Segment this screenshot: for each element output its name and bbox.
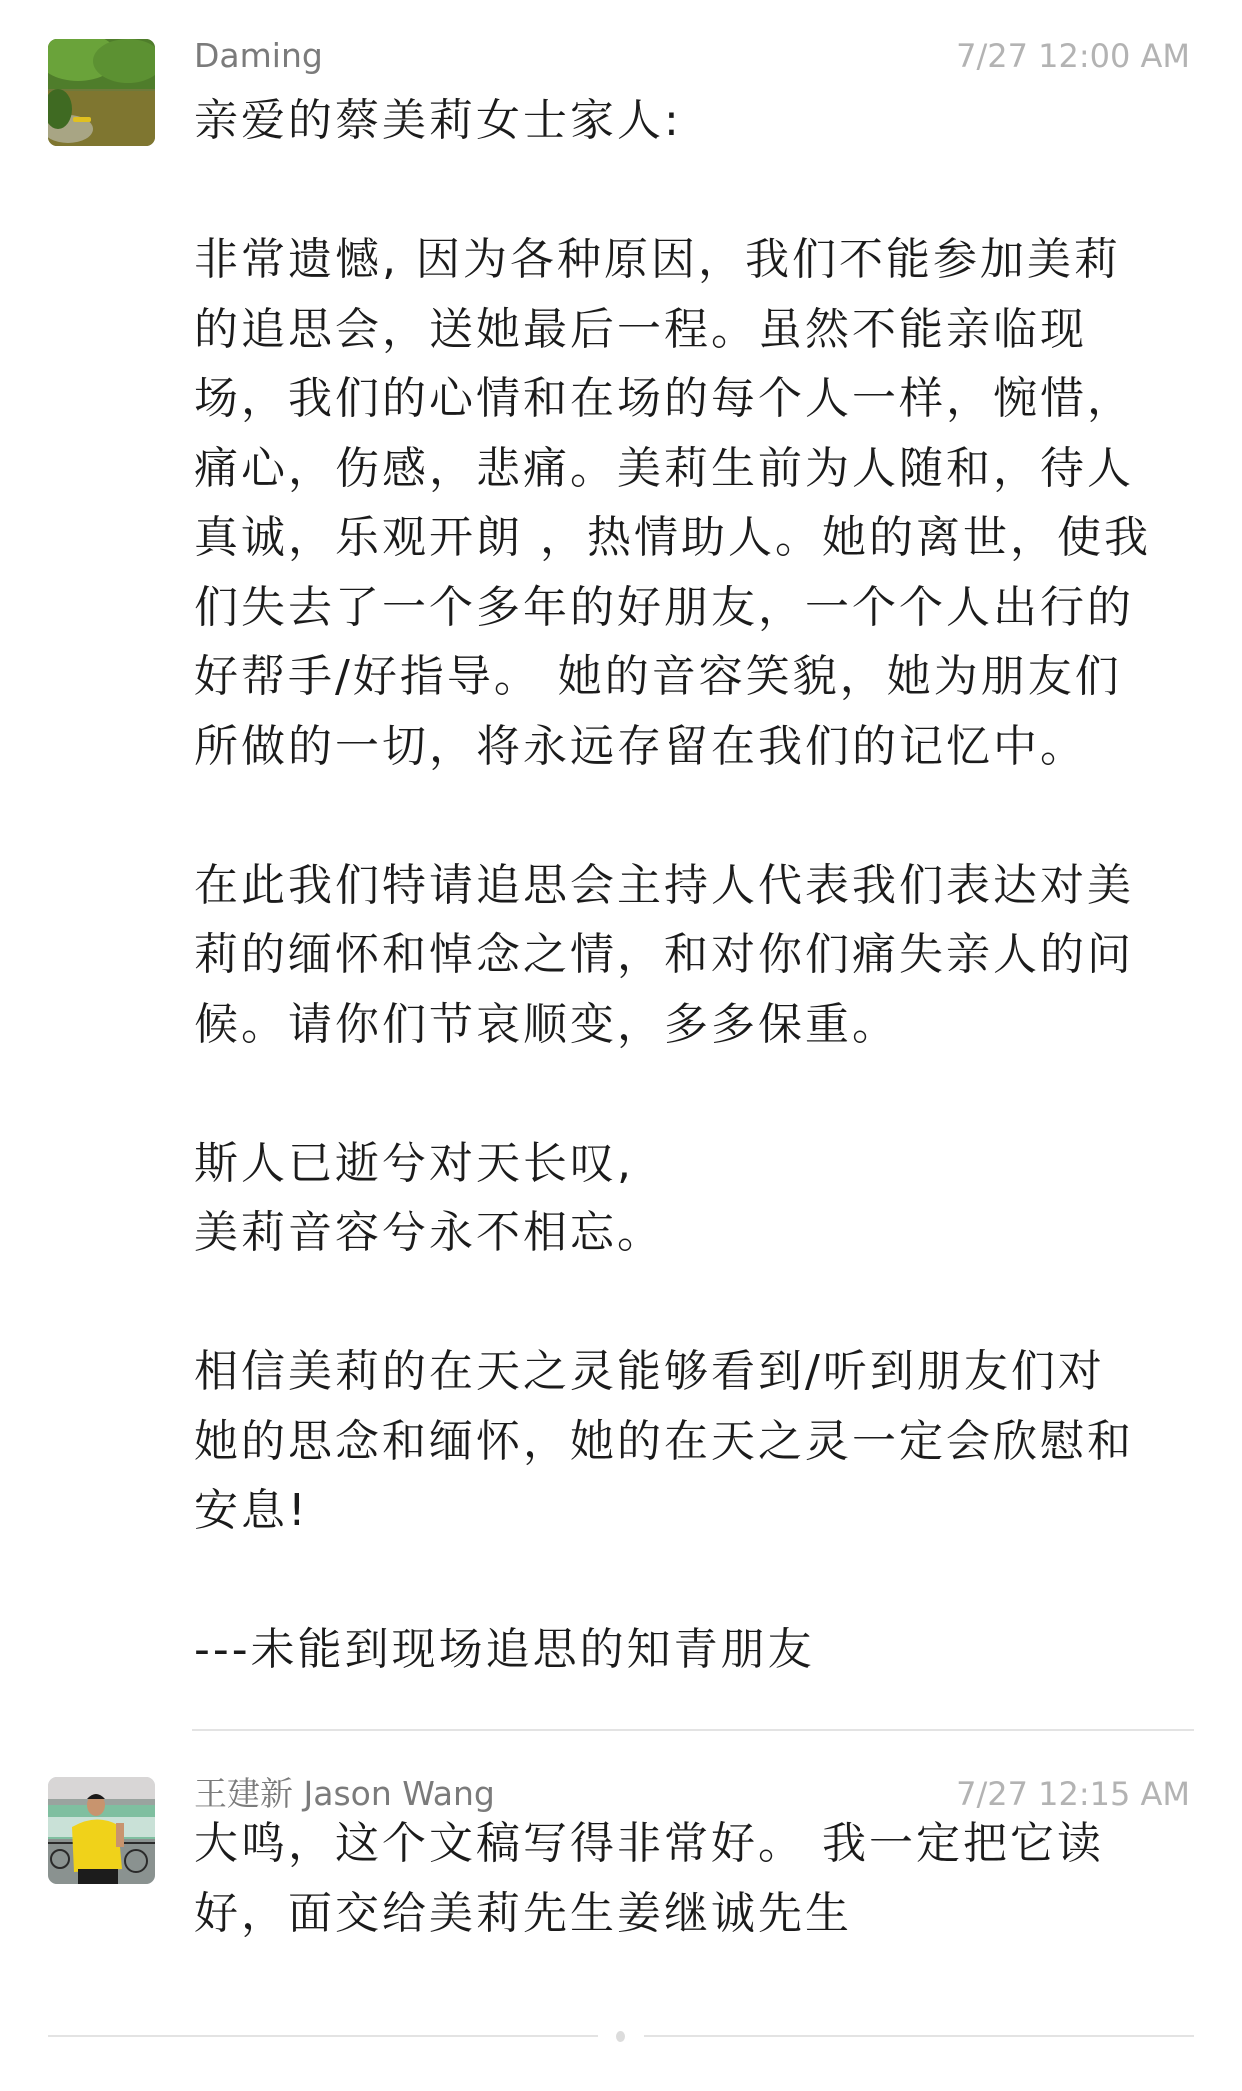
text-line [194, 781, 1194, 851]
message-timestamp: 7/27 12:15 AM [956, 1774, 1190, 1814]
chat-message: 王建新 Jason Wang 7/27 12:15 AM 大鸣，这个文稿写得非常… [0, 1740, 1242, 2000]
text-line: 莉的缅怀和悼念之情，和对你们痛失亲人的问 [194, 920, 1194, 990]
chat-message: Daming 7/27 12:00 AM 亲爱的蔡美莉女士家人: 非常遗憾, 因… [0, 0, 1242, 1700]
text-line: 真诚，乐观开朗 ，热情助人。她的离世，使我 [194, 503, 1194, 573]
text-line: 好，面交给美莉先生姜继诚先生 [194, 1879, 1194, 1949]
avatar[interactable] [48, 39, 155, 146]
message-divider [192, 1729, 1194, 1731]
bottom-divider-left [48, 2035, 598, 2037]
message-text: 大鸣，这个文稿写得非常好。 我一定把它读 好，面交给美莉先生姜继诚先生 [194, 1809, 1194, 1948]
text-line: 所做的一切，将永远存留在我们的记忆中。 [194, 712, 1194, 782]
avatar[interactable] [48, 1777, 155, 1884]
text-line: 斯人已逝兮对天长叹, [194, 1129, 1194, 1199]
text-line: 相信美莉的在天之灵能够看到/听到朋友们对 [194, 1337, 1194, 1407]
text-line: 好帮手/好指导。 她的音容笑貌，她为朋友们 [194, 642, 1194, 712]
text-line: 在此我们特请追思会主持人代表我们表达对美 [194, 851, 1194, 921]
text-line: 亲爱的蔡美莉女士家人: [194, 86, 1194, 156]
sender-name[interactable]: 王建新 Jason Wang [194, 1774, 495, 1814]
text-line: ---未能到现场追思的知青朋友 [194, 1615, 1194, 1685]
bottom-divider-right [644, 2035, 1194, 2037]
text-line: 她的思念和缅怀，她的在天之灵一定会欣慰和 [194, 1407, 1194, 1477]
text-line: 非常遗憾, 因为各种原因，我们不能参加美莉 [194, 225, 1194, 295]
text-line: 痛心，伤感，悲痛。美莉生前为人随和，待人 [194, 434, 1194, 504]
text-line: 场，我们的心情和在场的每个人一样，惋惜， [194, 364, 1194, 434]
sender-name[interactable]: Daming [194, 36, 323, 76]
message-text: 亲爱的蔡美莉女士家人: 非常遗憾, 因为各种原因，我们不能参加美莉 的追思会，送… [194, 86, 1194, 1685]
man-yellow-shirt-waterfall-avatar-icon [48, 1777, 155, 1884]
text-line [194, 156, 1194, 226]
text-line: 们失去了一个多年的好朋友，一个个人出行的 [194, 573, 1194, 643]
text-line: 大鸣，这个文稿写得非常好。 我一定把它读 [194, 1809, 1194, 1879]
text-line [194, 1546, 1194, 1616]
text-line [194, 1059, 1194, 1129]
message-timestamp: 7/27 12:00 AM [956, 36, 1190, 76]
text-line: 美莉音容兮永不相忘。 [194, 1198, 1194, 1268]
river-landscape-avatar-icon [48, 39, 155, 146]
text-line [194, 1268, 1194, 1338]
text-line: 的追思会，送她最后一程。虽然不能亲临现 [194, 295, 1194, 365]
text-line: 安息! [194, 1476, 1194, 1546]
text-line: 候。请你们节哀顺变，多多保重。 [194, 990, 1194, 1060]
timeline-dot-icon [616, 2031, 625, 2042]
